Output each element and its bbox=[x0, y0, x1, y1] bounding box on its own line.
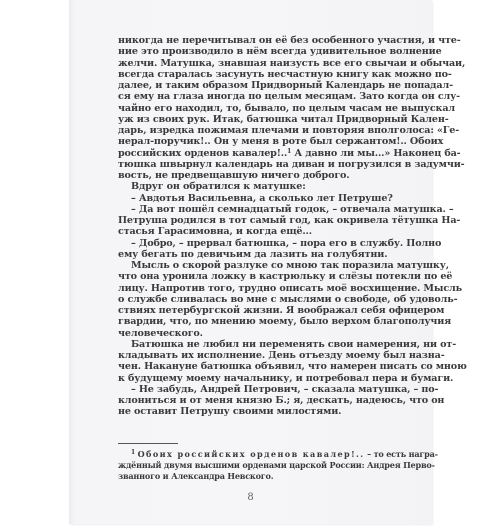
footnote-number: 1 bbox=[131, 449, 135, 456]
dialogue-line: – Не забудь, Андрей Петрович, – сказала … bbox=[118, 384, 403, 395]
footnote-divider bbox=[118, 443, 178, 444]
text-line: вость, не предвещавшую ничего доброго. bbox=[118, 170, 403, 181]
text-line: Петруша родился в тот самый год, как окр… bbox=[118, 215, 403, 226]
dialogue-line: – Добро, – прервал батюшка, – пора его в… bbox=[118, 238, 403, 249]
text-line: далее, и таким образом Придворный Календ… bbox=[118, 80, 403, 91]
dialogue-line: – Да вот пошёл семнадцатый годок, – отве… bbox=[118, 204, 403, 215]
text-line: стасья Гарасимовна, и когда ещё... bbox=[118, 226, 403, 237]
text-segment: А давно ли мы...» Наконец ба- bbox=[291, 148, 460, 159]
text-segment: российских орденов кавалер!.. bbox=[118, 148, 287, 159]
footnote-text: – то есть награ- bbox=[364, 449, 437, 459]
text-line: чен. Накануне батюшка объявил, что намер… bbox=[118, 361, 403, 372]
text-line: тюшка швырнул календарь на диван и погру… bbox=[118, 159, 403, 170]
text-line: гвардии, что, по мнению моему, было верх… bbox=[118, 316, 403, 327]
text-line-with-footnote: российских орденов кавалер!..1 А давно л… bbox=[118, 148, 403, 159]
text-line: желчи. Матушка, знавшая наизусть все его… bbox=[118, 58, 403, 69]
text-line: что она уронила ложку в кастрюльку и слё… bbox=[118, 271, 403, 282]
text-line: клониться и от меня князю Б.; я, дескать… bbox=[118, 395, 403, 406]
text-line: ние это производило в нём всегда удивите… bbox=[118, 46, 403, 57]
text-line: чайно его находил, то, бывало, по целым … bbox=[118, 103, 403, 114]
main-text: никогда не перечитывал он её без особенн… bbox=[118, 35, 403, 418]
footnote-line: 1 Обоих российских орденов кавалер!.. – … bbox=[118, 449, 403, 460]
footnote-line: ждённый двумя высшими орденами царской Р… bbox=[118, 460, 403, 471]
text-line: ствиях петербургской жизни. Я воображал … bbox=[118, 305, 403, 316]
text-line: к будущему моему начальнику, и потребова… bbox=[118, 373, 403, 384]
footnote-quoted-phrase: Обоих российских орденов кавалер!.. bbox=[138, 449, 365, 459]
text-line: лицу. Напротив того, трудно описать моё … bbox=[118, 283, 403, 294]
book-page: никогда не перечитывал он её без особенн… bbox=[69, 0, 432, 524]
text-line: дарь, изредка пожимая плечами и повторяя… bbox=[118, 125, 403, 136]
text-line: ему бегать по девичьим да лазить на голу… bbox=[118, 249, 403, 260]
paragraph-start-line: Батюшка не любил ни переменять свои наме… bbox=[118, 339, 403, 350]
footnote-line: званного и Александра Невского. bbox=[118, 471, 403, 482]
text-line: всегда старалась засунуть несчастную кни… bbox=[118, 69, 403, 80]
footnote: 1 Обоих российских орденов кавалер!.. – … bbox=[118, 449, 403, 481]
text-line: никогда не перечитывал он её без особенн… bbox=[118, 35, 403, 46]
text-line: нерал-поручик!.. Он у меня в роте был се… bbox=[118, 136, 403, 147]
text-line: кладывать их исполнение. День отъезду мо… bbox=[118, 350, 403, 361]
text-line: ся ему на глаза иногда по целым месяцам.… bbox=[118, 91, 403, 102]
dialogue-line: – Авдотья Васильевна, а сколько лет Петр… bbox=[118, 193, 403, 204]
text-line: не оставит Петрушу своими милостями. bbox=[118, 406, 403, 417]
paragraph-start-line: Мысль о скорой разлуке со мною так пораз… bbox=[118, 260, 403, 271]
page-number: 8 bbox=[69, 492, 432, 503]
text-line: уж из своих рук. Итак, батюшка читал При… bbox=[118, 114, 403, 125]
text-line: Вдруг он обратился к матушке: bbox=[118, 181, 403, 192]
text-line: человеческого. bbox=[118, 328, 403, 339]
text-line: о службе сливалась во мне с мыслями о св… bbox=[118, 294, 403, 305]
